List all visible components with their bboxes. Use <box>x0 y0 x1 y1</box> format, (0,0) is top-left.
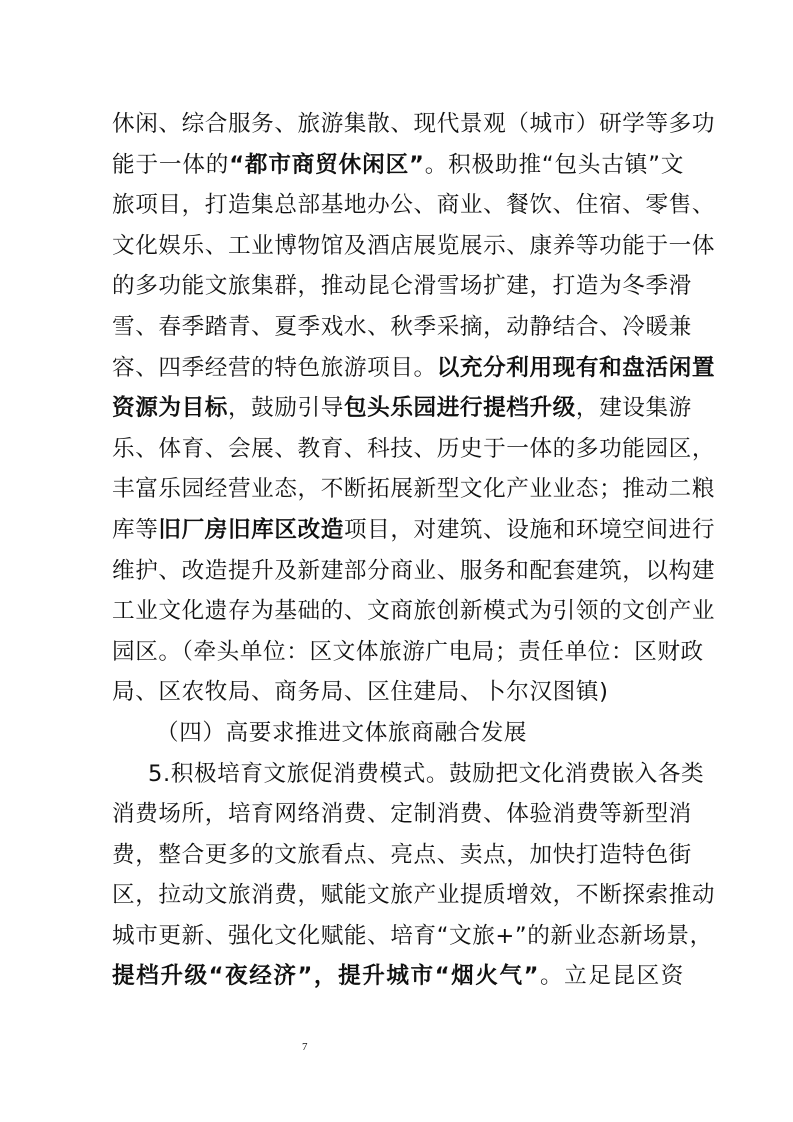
text-segment: 的多功能文旅集群，推动昆仑滑雪场扩建，打造为冬季滑 <box>112 273 692 299</box>
text-segment: 费，整合更多的文旅看点、亮点、卖点，加快打造特色街 <box>112 842 692 868</box>
text-segment: 乐、体育、会展、教育、科技、历史于一体的多功能园区， <box>112 436 715 462</box>
text-line: 能于一体的“都市商贸休闲区”。积极助推“包头古镇”文 <box>112 145 684 186</box>
text-line: 丰富乐园经营业态，不断拓展新型文化产业业态；推动二粮 <box>112 469 684 510</box>
text-line: 休闲、综合服务、旅游集散、现代景观（城市）研学等多功 <box>112 104 684 145</box>
bold-text: 旧厂房旧库区改造 <box>158 517 344 543</box>
text-segment: 文化娱乐、工业博物馆及酒店展览展示、康养等功能于一体 <box>112 233 715 259</box>
text-segment: 消费场所，培育网络消费、定制消费、体验消费等新型消 <box>112 801 692 827</box>
text-segment: 园区。（牵头单位：区文体旅游广电局；责任单位：区财政 <box>112 639 704 665</box>
text-segment: 。积极助推“包头古镇”文 <box>424 152 684 178</box>
text-line: 乐、体育、会展、教育、科技、历史于一体的多功能园区， <box>112 429 684 470</box>
text-segment: 5.积极培育文旅促消费模式。鼓励把文化消费嵌入各类 <box>148 761 704 787</box>
text-segment: 旅项目，打造集总部基地办公、商业、餐饮、住宿、零售、 <box>112 192 715 218</box>
text-line: 旅项目，打造集总部基地办公、商业、餐饮、住宿、零售、 <box>112 185 684 226</box>
text-segment: 维护、改造提升及新建部分商业、服务和配套建筑，以构建 <box>112 558 715 584</box>
text-line: 雪、春季踏青、夏季戏水、秋季采摘，动静结合、冷暖兼 <box>112 307 684 348</box>
text-line: 费，整合更多的文旅看点、亮点、卖点，加快打造特色街 <box>112 835 684 876</box>
bold-text: 包头乐园进行提档升级 <box>344 395 576 421</box>
document-page: 休闲、综合服务、旅游集散、现代景观（城市）研学等多功能于一体的“都市商贸休闲区”… <box>0 0 793 1122</box>
text-line: 提档升级“夜经济”，提升城市“烟火气”。立足昆区资 <box>112 956 684 997</box>
document-body: 休闲、综合服务、旅游集散、现代景观（城市）研学等多功能于一体的“都市商贸休闲区”… <box>112 104 684 997</box>
text-segment: 休闲、综合服务、旅游集散、现代景观（城市）研学等多功 <box>112 111 715 137</box>
bold-text: “都市商贸休闲区” <box>229 152 424 178</box>
bold-text: 以充分利用现有和盘活闲置 <box>437 355 715 381</box>
text-line: 的多功能文旅集群，推动昆仑滑雪场扩建，打造为冬季滑 <box>112 266 684 307</box>
text-segment: 库等 <box>112 517 158 543</box>
text-segment: 。立足昆区资 <box>539 963 684 989</box>
text-line: 消费场所，培育网络消费、定制消费、体验消费等新型消 <box>112 794 684 835</box>
text-line: 局、区农牧局、商务局、区住建局、卜尔汉图镇) <box>112 672 684 713</box>
text-line: 资源为目标，鼓励引导包头乐园进行提档升级，建设集游 <box>112 388 684 429</box>
page-number: 7 <box>302 1041 308 1053</box>
text-segment: 城市更新、强化文化赋能、培育“文旅+”的新业态新场景， <box>112 923 713 949</box>
text-segment: 能于一体的 <box>112 152 229 178</box>
text-segment: 工业文化遗存为基础的、文商旅创新模式为引领的文创产业 <box>112 598 715 624</box>
text-line: 区，拉动文旅消费，赋能文旅产业提质增效，不断探索推动 <box>112 875 684 916</box>
text-segment: （四）高要求推进文体旅商融合发展 <box>156 720 527 746</box>
text-segment: 局、区农牧局、商务局、区住建局、卜尔汉图镇) <box>112 679 608 705</box>
text-segment: ，鼓励引导 <box>228 395 344 421</box>
text-line: 工业文化遗存为基础的、文商旅创新模式为引领的文创产业 <box>112 591 684 632</box>
text-line: 5.积极培育文旅促消费模式。鼓励把文化消费嵌入各类 <box>112 754 684 795</box>
section-heading: （四）高要求推进文体旅商融合发展 <box>112 713 684 754</box>
text-segment: 项目，对建筑、设施和环境空间进行 <box>344 517 715 543</box>
text-line: 库等旧厂房旧库区改造项目，对建筑、设施和环境空间进行 <box>112 510 684 551</box>
text-line: 文化娱乐、工业博物馆及酒店展览展示、康养等功能于一体 <box>112 226 684 267</box>
text-segment: 雪、春季踏青、夏季戏水、秋季采摘，动静结合、冷暖兼 <box>112 314 692 340</box>
text-line: 容、四季经营的特色旅游项目。以充分利用现有和盘活闲置 <box>112 348 684 389</box>
text-line: 园区。（牵头单位：区文体旅游广电局；责任单位：区财政 <box>112 632 684 673</box>
text-segment: 丰富乐园经营业态，不断拓展新型文化产业业态；推动二粮 <box>112 476 715 502</box>
bold-text: 资源为目标 <box>112 395 228 421</box>
text-line: 城市更新、强化文化赋能、培育“文旅+”的新业态新场景， <box>112 916 684 957</box>
text-segment: ，建设集游 <box>576 395 692 421</box>
text-segment: 容、四季经营的特色旅游项目。 <box>112 355 437 381</box>
bold-text: 提档升级“夜经济”，提升城市“烟火气” <box>112 963 539 989</box>
text-segment: 区，拉动文旅消费，赋能文旅产业提质增效，不断探索推动 <box>112 882 715 908</box>
text-line: 维护、改造提升及新建部分商业、服务和配套建筑，以构建 <box>112 551 684 592</box>
